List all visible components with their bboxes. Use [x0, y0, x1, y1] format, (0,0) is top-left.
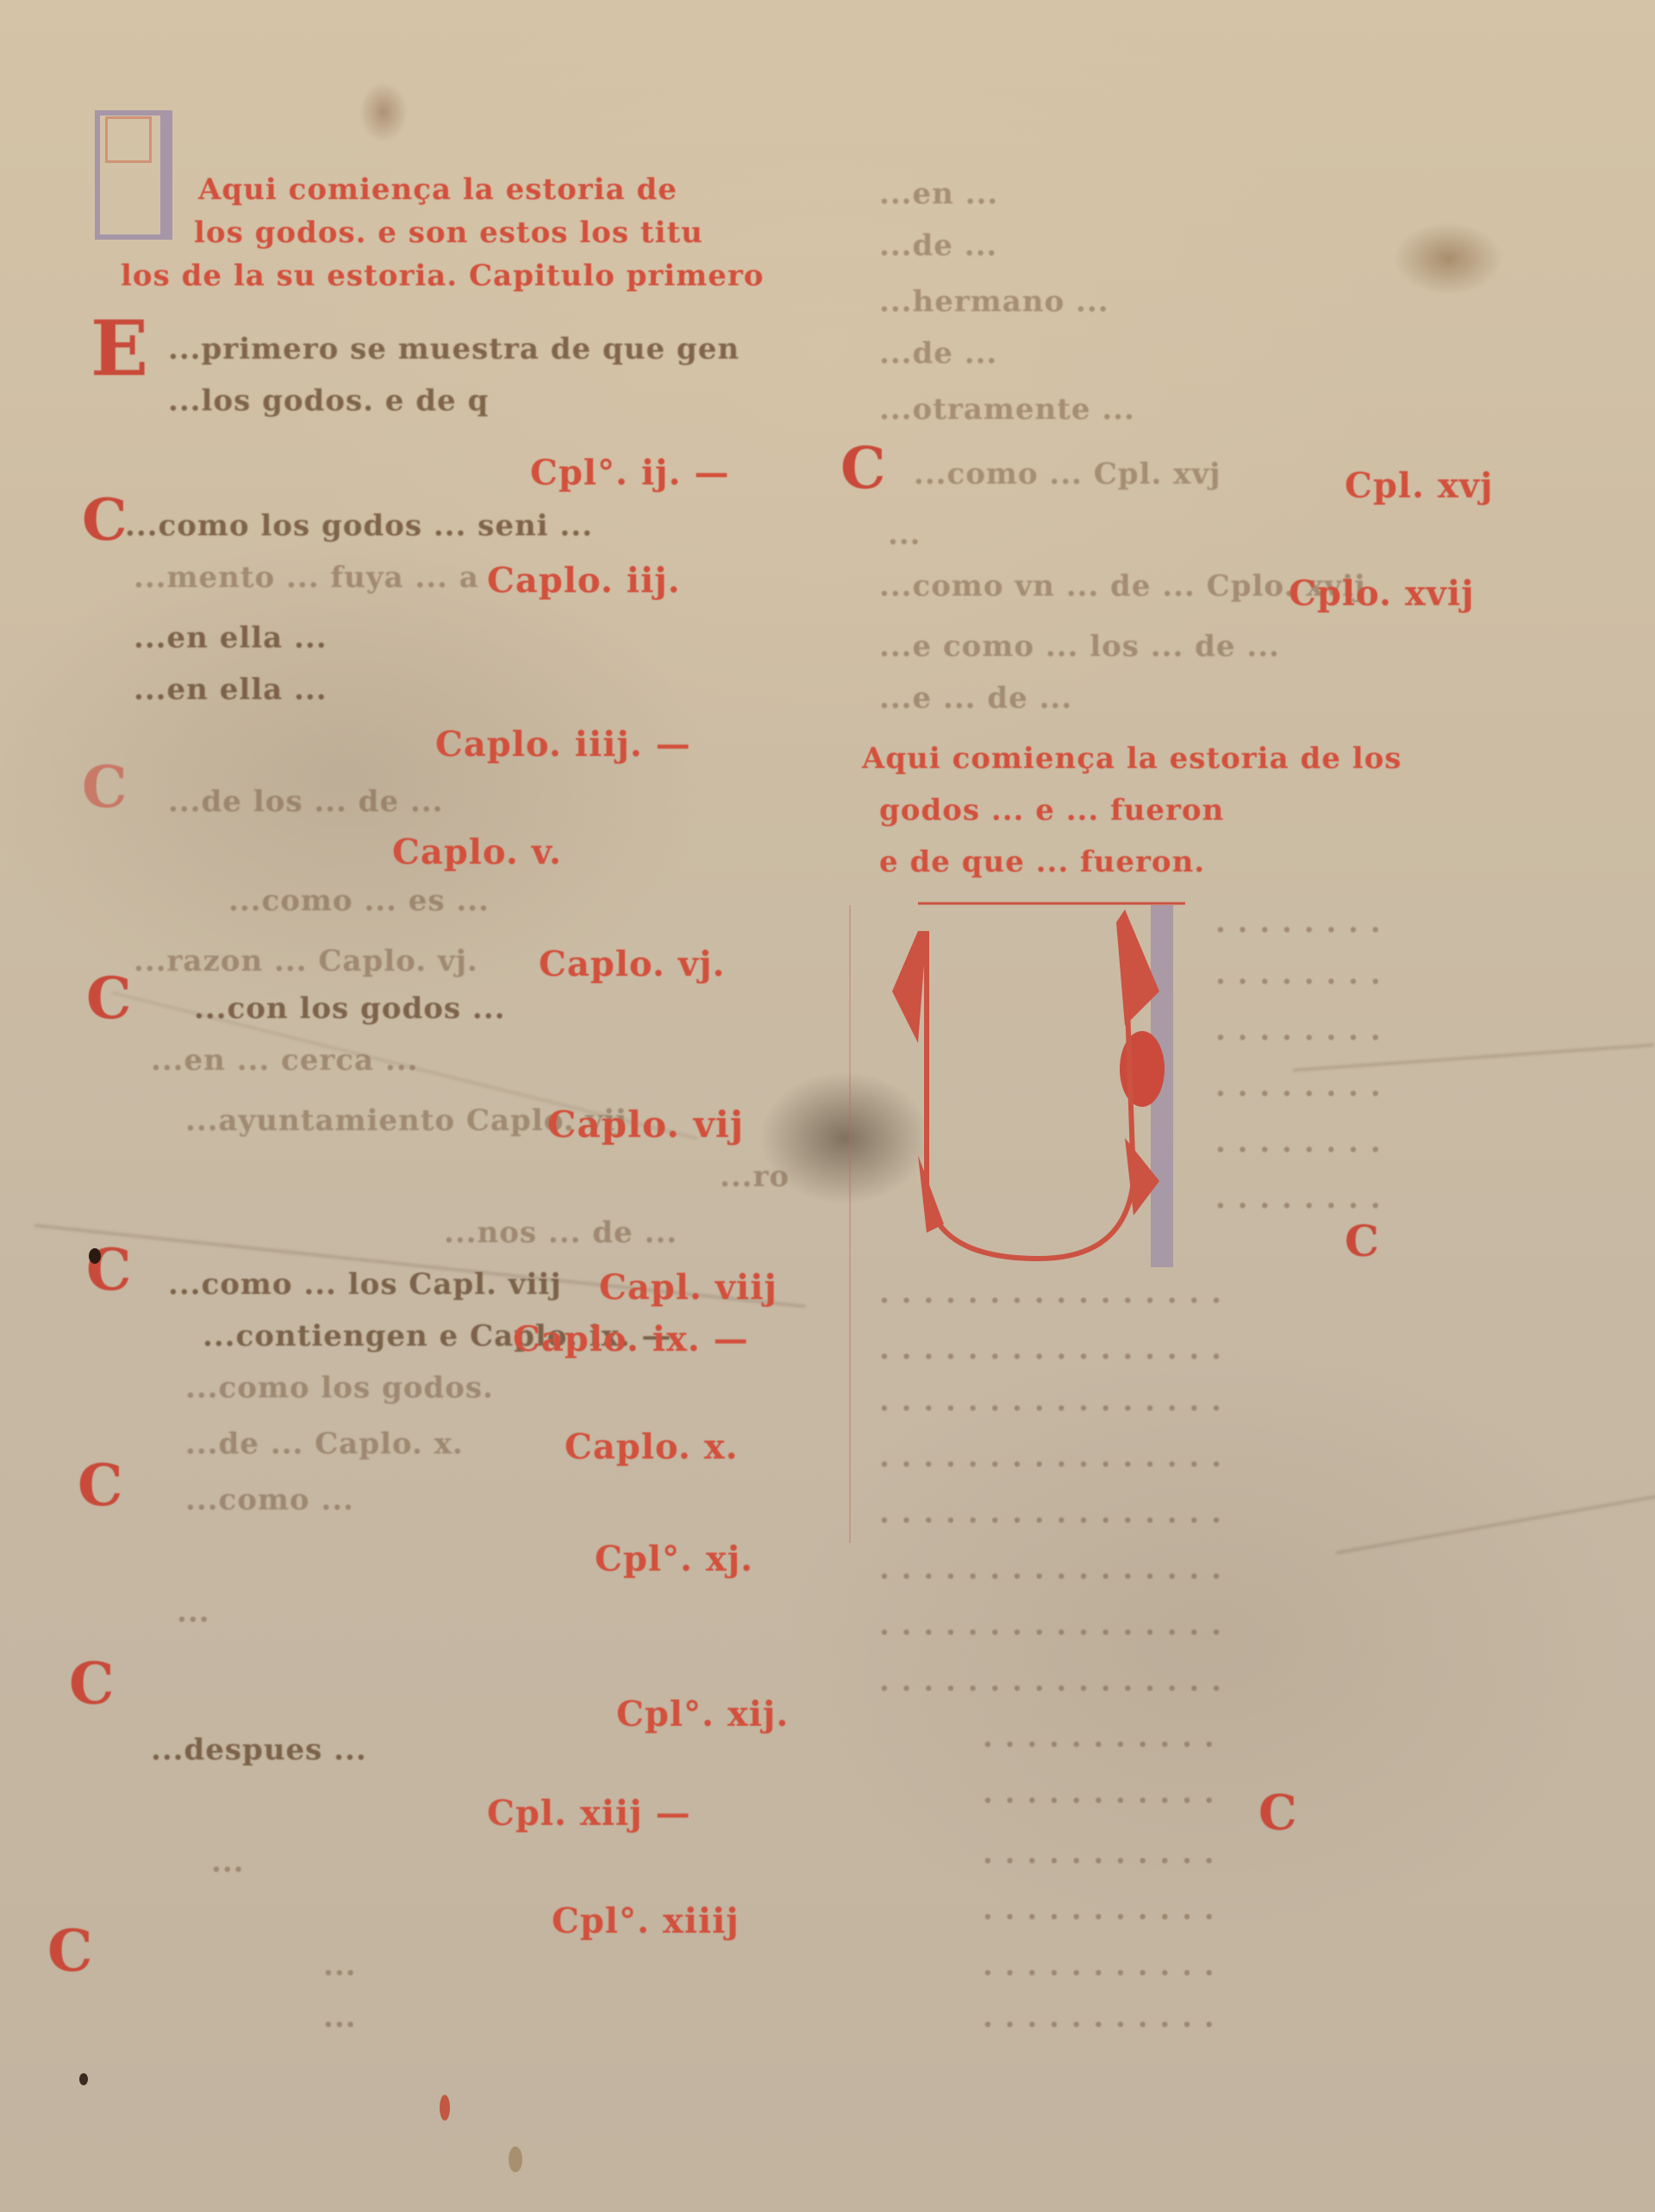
text-line: . . . . . . . . . . .	[983, 1836, 1215, 1871]
text-line: ...en ...	[879, 177, 998, 211]
text-line: ...en ella ...	[134, 672, 328, 707]
chapter-ref: Caplo. iiij. —	[435, 724, 691, 765]
rubricated-initial-e: E	[91, 310, 148, 386]
text-line: . . . . . . . .	[1215, 1125, 1382, 1159]
text-line: ...como ... es ...	[228, 884, 490, 918]
chapter-ref: Caplo. ix. —	[513, 1319, 749, 1359]
text-line: ...e como ... los ... de ...	[879, 629, 1280, 664]
red-mark	[440, 2095, 450, 2121]
text-line: ...de ... Caplo. x.	[185, 1427, 464, 1461]
rubric-heading-line: godos ... e ... fueron	[879, 793, 1224, 828]
text-line: ...en ella ...	[134, 621, 328, 655]
rubricated-initial-c: C	[86, 970, 132, 1027]
decorated-initial-a-inner	[105, 116, 152, 163]
chapter-ref: Cpl°. ij. —	[530, 453, 729, 493]
chapter-ref: Cpl°. xij.	[616, 1694, 789, 1734]
text-line: ...	[323, 2000, 357, 2034]
chapter-ref: Capl. viij	[599, 1267, 778, 1308]
text-line: ...como ... los Capl. viij	[168, 1267, 562, 1302]
text-line: ...mento ... fuya ... a	[134, 560, 479, 595]
text-line: ...de los ... de ...	[168, 784, 443, 819]
text-line: ...en ... cerca ...	[151, 1043, 418, 1078]
text-line: . . . . . . . . . . . . . . . .	[879, 1332, 1222, 1366]
text-line: ...	[177, 1595, 210, 1629]
rubricated-initial-c: C	[1345, 1220, 1379, 1263]
heading-line: los de la su estoria. Capitulo primero	[121, 259, 764, 293]
chapter-ref: Cpl. xvj	[1345, 466, 1493, 506]
rubricated-initial-c: C	[47, 1922, 93, 1979]
text-line: . . . . . . . .	[1215, 1069, 1382, 1103]
text-line: ...como los godos ... seni ...	[125, 509, 593, 543]
text-line: ...	[323, 1948, 357, 1983]
rubricated-initial-c: C	[82, 759, 128, 815]
text-line: ...de ...	[879, 336, 997, 371]
ink-blot	[79, 2073, 88, 2085]
text-line: . . . . . . . .	[1215, 905, 1382, 940]
stain	[509, 2146, 522, 2172]
ink-blot	[89, 1248, 101, 1264]
text-line: . . . . . . . . . . . . . . . .	[879, 1276, 1222, 1310]
text-line: . . . . . . . . . . . . . . . .	[879, 1496, 1222, 1530]
text-line: . . . . . . . . . . . . . . . .	[879, 1440, 1222, 1474]
chapter-ref: Cplo. xvij	[1289, 573, 1475, 614]
chapter-ref: Cpl°. xj.	[595, 1539, 753, 1579]
text-line: . . . . . . . .	[1215, 1013, 1382, 1047]
text-line: . . . . . . . . . . .	[983, 1720, 1215, 1754]
text-line: ...otramente ...	[879, 392, 1135, 427]
rubric-heading-line: Aqui comiença la estoria de los	[862, 741, 1402, 776]
text-line: ...e ... de ...	[879, 681, 1072, 715]
ruling-line	[849, 905, 851, 1543]
text-line: . . . . . . . . . . . . . . . .	[879, 1384, 1222, 1418]
text-line: . . . . . . . . . . .	[983, 1948, 1215, 1983]
text-line: ...	[211, 1845, 245, 1879]
text-line: . . . . . . . . . . . . . . . .	[879, 1608, 1222, 1642]
text-line: ...razon ... Caplo. vj.	[134, 944, 478, 978]
rubricated-initial-c: C	[82, 491, 128, 548]
text-line: ...despues ...	[151, 1733, 367, 1767]
chapter-ref: Cpl. xiij —	[487, 1793, 691, 1834]
text-line: . . . . . . . .	[1215, 957, 1382, 991]
chapter-ref: Cpl°. xiiij	[552, 1901, 740, 1941]
rubricated-initial-c: C	[69, 1655, 115, 1712]
rubricated-initial-c: C	[78, 1457, 123, 1514]
heading-line: Aqui comiença la estoria de	[198, 172, 678, 207]
text-line: ...los godos. e de q	[168, 384, 489, 418]
text-line: . . . . . . . . . . . . . . . .	[879, 1552, 1222, 1586]
text-line: . . . . . . . . . . .	[983, 1776, 1215, 1810]
rubric-heading-line: e de que ... fueron.	[879, 845, 1205, 879]
text-line: ...con los godos ...	[194, 991, 505, 1026]
chapter-ref: Caplo. vij	[547, 1103, 744, 1146]
text-line: . . . . . . . . . . .	[983, 2000, 1215, 2034]
chapter-ref: Caplo. v.	[392, 832, 562, 872]
text-line: ...hermano ...	[879, 284, 1109, 319]
text-line: ...como los godos.	[185, 1371, 494, 1405]
decorated-initial-v	[866, 897, 1211, 1276]
chapter-ref: Caplo. x.	[565, 1427, 739, 1467]
text-line: ...como ...	[185, 1483, 354, 1517]
text-line: ...primero se muestra de que gen	[168, 332, 740, 366]
text-line: . . . . . . . . . . . . . . . .	[879, 1664, 1222, 1698]
rubricated-initial-c: C	[840, 440, 886, 497]
parchment-crease	[1293, 1044, 1654, 1072]
heading-line: los godos. e son estos los titu	[194, 216, 703, 250]
text-line: ...de ...	[879, 228, 997, 263]
chapter-ref: Caplo. iij.	[487, 560, 681, 601]
parchment-crease	[1336, 1495, 1655, 1554]
chapter-ref: Caplo. vj.	[539, 944, 725, 984]
text-line: ...	[888, 517, 921, 552]
text-line: . . . . . . . . . . .	[983, 1892, 1215, 1927]
text-line: ...nos ... de ...	[444, 1215, 678, 1250]
text-line: ...como ... Cpl. xvj	[914, 457, 1221, 491]
text-line: . . . . . . . .	[1215, 1181, 1382, 1215]
text-line: ...ro	[720, 1159, 790, 1194]
rubricated-initial-c: C	[1258, 1789, 1297, 1837]
manuscript-page: Aqui comiença la estoria de los godos. e…	[0, 0, 1655, 2212]
